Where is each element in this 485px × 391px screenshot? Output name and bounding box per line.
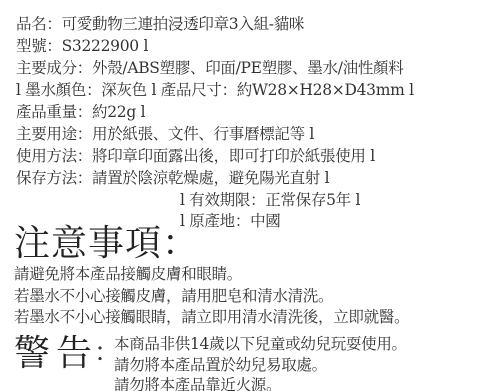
spec-weight: 產品重量：約22g l — [16, 102, 145, 122]
warning-line: 本商品非供14歲以下兒童或幼兒玩耍使用。 — [114, 334, 407, 354]
warning-line: 請勿將本產品靠近火源。 — [114, 375, 281, 391]
spec-usage: 主要用途：用於紙張、文件、行事曆標記等 l — [16, 124, 314, 144]
spec-method: 使用方法：將印章印面露出後，即可打印於紙張使用 l — [16, 146, 375, 166]
spec-materials: 主要成分：外殼/ABS塑膠、印面/PE塑膠、墨水/油性顏料 — [16, 58, 403, 78]
spec-storage: 保存方法：請置於陰涼乾燥處，避免陽光直射 l — [16, 168, 329, 188]
spec-product-name: 品名：可愛動物三連拍浸透印章3入組-貓咪 — [16, 14, 304, 34]
spec-ink-color-size: l 墨水顏色：深灰色 l 產品尺寸：約W28×H28×D43mm l — [16, 80, 414, 100]
notice-line: 若墨水不小心接觸眼睛，請立即用清水清洗後，立即就醫。 — [14, 307, 409, 327]
spec-expiry: l 有效期限：正常保存5年 l — [180, 190, 360, 210]
warning-line: 請勿將本產品置於幼兒易取處。 — [114, 355, 327, 375]
notice-line: 若墨水不小心接觸皮膚，請用肥皂和清水清洗。 — [14, 286, 333, 306]
notice-title: 注意事項： — [14, 224, 199, 264]
warning-title: 警告 — [14, 334, 98, 374]
notice-line: 請避免將本產品接觸皮膚和眼睛。 — [14, 264, 242, 284]
spec-model-number: 型號：S3222900 l — [16, 36, 148, 56]
